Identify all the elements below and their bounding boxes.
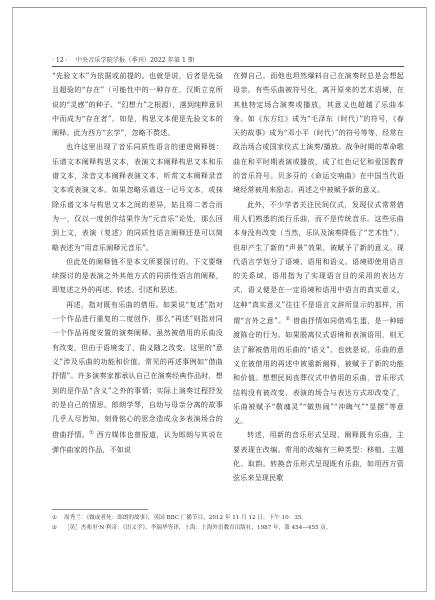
paragraph: “先验文本”为依据或前提的。也就是说，后者是先验且超验的“存在”（可能性中的一种… [52,69,223,140]
paragraph-text: 再述，指对既有乐曲的借用。如果说“复述”指对一个作品进行重复的二度创作，那么“再… [52,300,223,440]
paragraph: 但此处的阐释链不是本文所要探讨的。下文要继续探讨的是表演之外其他方式的同质性语言… [52,255,223,298]
footnote-text: 周秀兰：《做或者死：郎朗的故事》，英国 BBC 广播节目，2012 年 11 月… [64,514,382,524]
footnote-1: ① 周秀兰：《做或者死：郎朗的故事》，英国 BBC 广播节目，2012 年 11… [52,514,382,524]
paragraph: 此外，不少学者关注民间仪式，发现仪式常常借用人们熟悉的流行乐曲，而不是传统音乐。… [233,198,404,429]
footnote-rule [52,509,148,510]
paragraph-text: 借曲抒情如同借鸡生蛋，是一种暗渡陈仓的行为。如果脱离仪式语境和表演语用，则无法了… [233,316,404,425]
footnote-text: ［英］杰弗里·N·利奇：《语义学》，李瑞华等译，上海：上海外语教育出版社，198… [64,524,382,534]
paragraph-text: 此外，不少学者关注民间仪式，发现仪式常常借用人们熟悉的流行乐曲，而不是传统音乐。… [233,200,404,325]
footnotes: ① 周秀兰：《做或者死：郎朗的故事》，英国 BBC 广播节目，2012 年 11… [52,514,382,533]
paragraph: 也许这里出现了音乐同质性语言的递进阐释链：乐谱文本阐释构思文本，表演文本阐释构思… [52,140,223,254]
header-rule [52,66,404,67]
left-column: “先验文本”为依据或前提的。也就是说，后者是先验且超验的“存在”（可能性中的一种… [52,69,223,457]
journal-title: 中央音乐学院学报（季刊）2022 年第 1 期 [76,57,194,64]
paragraph: 在弹自己。而他也坦然爆料自己在演奏时总是会想起母亲。有些乐曲被符号化，离开原来的… [233,69,404,198]
footnote-ref-2[interactable]: ② [285,316,290,322]
page-number: · 12 · [52,57,68,64]
right-column: 在弹自己。而他也坦然爆料自己在演奏时总是会想起母亲。有些乐曲被符号化，离开原来的… [233,69,404,486]
footnote-ref-1[interactable]: ① [89,430,94,436]
paragraph: 转述，用新的音乐形式呈现、阐释既有乐曲，主要表现在改编。常用的改编有三种类型：移… [233,428,404,485]
footnote-mark: ① [52,514,64,524]
footnote-mark: ② [52,524,64,534]
paragraph: 再述，指对既有乐曲的借用。如果说“复述”指对一个作品进行重复的二度创作，那么“再… [52,298,223,457]
footnote-2: ② ［英］杰弗里·N·利奇：《语义学》，李瑞华等译，上海：上海外语教育出版社，1… [52,524,382,534]
